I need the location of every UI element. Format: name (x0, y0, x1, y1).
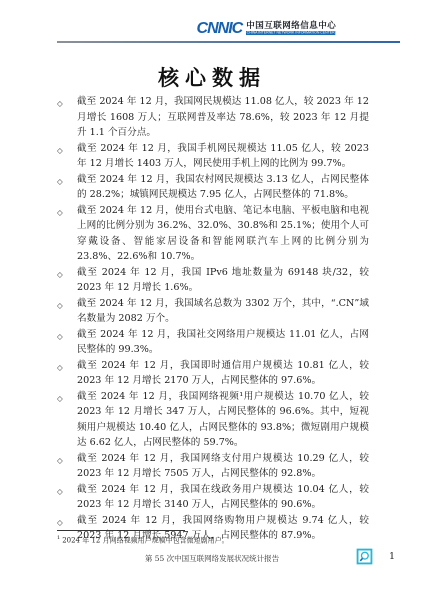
page-title: 核心数据 (0, 62, 424, 92)
list-item-text: 截至 2024 年 12 月，我国域名总数为 3302 万个，其中，“.CN”域… (77, 296, 369, 327)
list-item-text: 截至 2024 年 12 月，我国社交网络用户规模达 11.01 亿人，占网民整… (77, 327, 369, 358)
list-item: ◇ 截至 2024 年 12 月，我国在线政务用户规模达 10.04 亿人，较 … (57, 482, 369, 513)
list-item: ◇ 截至 2024 年 12 月，我国即时通信用户规模达 10.81 亿人，较 … (57, 358, 369, 389)
list-item-text: 截至 2024 年 12 月，我国农村网民规模达 3.13 亿人，占网民整体的 … (77, 172, 369, 203)
list-item-text: 截至 2024 年 12 月，我国网络支付用户规模达 10.29 亿人，较 20… (77, 451, 369, 482)
list-item-text: 截至 2024 年 12 月，我国即时通信用户规模达 10.81 亿人，较 20… (77, 358, 369, 389)
diamond-bullet-icon: ◇ (57, 389, 77, 451)
list-item: ◇ 截至 2024 年 12 月，使用台式电脑、笔记本电脑、平板电脑和电视上网的… (57, 203, 369, 265)
cnnic-logo: CNNIC 中国互联网络信息中心 CHINA INTERNET NETWORK … (197, 21, 400, 37)
diamond-bullet-icon: ◇ (57, 203, 77, 265)
list-item-text: 截至 2024 年 12 月，我国 IPv6 地址数量为 69148 块/32，… (77, 265, 369, 296)
list-item-text: 截至 2024 年 12 月，使用台式电脑、笔记本电脑、平板电脑和电视上网的比例… (77, 203, 369, 265)
header-divider (57, 41, 400, 43)
diamond-bullet-icon: ◇ (57, 296, 77, 327)
list-item: ◇ 截至 2024 年 12 月，我国社交网络用户规模达 11.01 亿人，占网… (57, 327, 369, 358)
list-item-text: 截至 2024 年 12 月，我国网民规模达 11.08 亿人，较 2023 年… (77, 94, 369, 141)
diamond-bullet-icon: ◇ (57, 451, 77, 482)
report-page: CNNIC 中国互联网络信息中心 CHINA INTERNET NETWORK … (0, 0, 424, 600)
list-item: ◇ 截至 2024 年 12 月，我国手机网民规模达 11.05 亿人，较 20… (57, 141, 369, 172)
list-item-text: 截至 2024 年 12 月，我国网络视频¹用户规模达 10.70 亿人，较 2… (77, 389, 369, 451)
list-item: ◇ 截至 2024 年 12 月，我国网络支付用户规模达 10.29 亿人，较 … (57, 451, 369, 482)
list-item-text: 截至 2024 年 12 月，我国在线政务用户规模达 10.04 亿人，较 20… (77, 482, 369, 513)
cnnic-logo-text: CNNIC (197, 21, 243, 37)
magnifier-logo-icon (356, 548, 373, 565)
diamond-bullet-icon: ◇ (57, 327, 77, 358)
footnote-divider (57, 530, 185, 531)
diamond-bullet-icon: ◇ (57, 172, 77, 203)
cnnic-org-name-en: CHINA INTERNET NETWORK INFORMATION CENTE… (246, 31, 335, 35)
page-number: 1 (389, 551, 395, 562)
core-data-list: ◇ 截至 2024 年 12 月，我国网民规模达 11.08 亿人，较 2023… (57, 94, 369, 544)
footnote-text: 12024 年 12 月网络视频用户规模中包含微短剧用户。 (57, 535, 369, 545)
diamond-bullet-icon: ◇ (57, 141, 77, 172)
footnote-marker: 1 (57, 535, 60, 541)
cnnic-org-name-cn: 中国互联网络信息中心 (246, 21, 336, 31)
diamond-bullet-icon: ◇ (57, 482, 77, 513)
diamond-bullet-icon: ◇ (57, 265, 77, 296)
diamond-bullet-icon: ◇ (57, 358, 77, 389)
list-item: ◇ 截至 2024 年 12 月，我国域名总数为 3302 万个，其中，“.CN… (57, 296, 369, 327)
list-item: ◇ 截至 2024 年 12 月，我国农村网民规模达 3.13 亿人，占网民整体… (57, 172, 369, 203)
list-item: ◇ 截至 2024 年 12 月，我国 IPv6 地址数量为 69148 块/3… (57, 265, 369, 296)
cnnic-org-name: 中国互联网络信息中心 CHINA INTERNET NETWORK INFORM… (246, 21, 400, 37)
footnote-block: 12024 年 12 月网络视频用户规模中包含微短剧用户。 (57, 530, 369, 545)
diamond-bullet-icon: ◇ (57, 94, 77, 141)
list-item-text: 截至 2024 年 12 月，我国手机网民规模达 11.05 亿人，较 2023… (77, 141, 369, 172)
list-item: ◇ 截至 2024 年 12 月，我国网络视频¹用户规模达 10.70 亿人，较… (57, 389, 369, 451)
list-item: ◇ 截至 2024 年 12 月，我国网民规模达 11.08 亿人，较 2023… (57, 94, 369, 141)
